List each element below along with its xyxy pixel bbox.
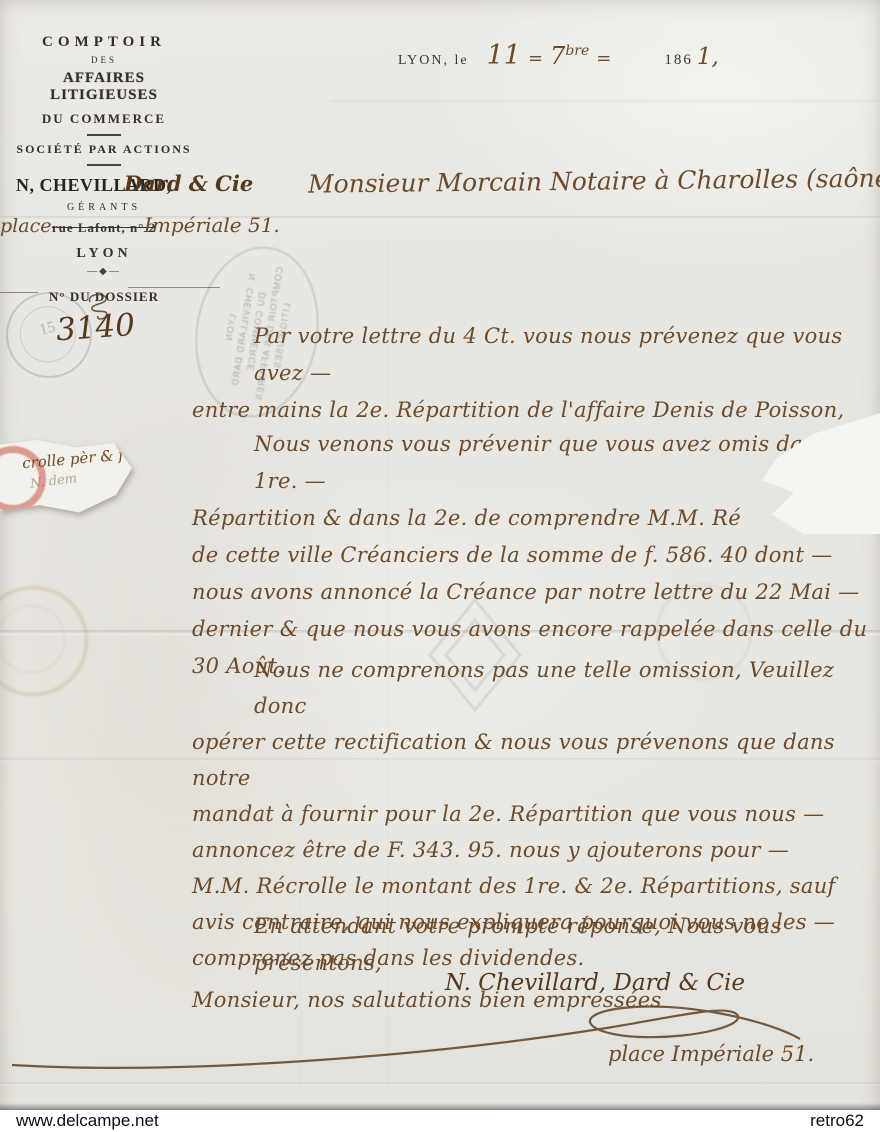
letterhead-city: LYON xyxy=(16,246,192,262)
dateline-month-suffix: bre xyxy=(565,43,589,59)
signature-flourish xyxy=(0,995,880,1085)
dossier-underline xyxy=(128,287,220,288)
torn-paper-scrap: crolle pèr & f N. dem xyxy=(0,440,132,514)
address-handwritten-place: place xyxy=(0,215,51,237)
letterhead-du-commerce: DU COMMERCE xyxy=(16,111,192,127)
letterhead-comptoir: COMPTOIR xyxy=(16,34,192,51)
paragraph-1: Par votre lettre du 4 Ct. vous nous prév… xyxy=(192,318,880,429)
recipient-line: Monsieur Morcain Notaire à Charolles (sa… xyxy=(308,162,880,198)
dateline-equals: = xyxy=(528,48,543,69)
letter-line: annoncez être de F. 343. 95. nous y ajou… xyxy=(192,832,880,868)
letter-line: nous avons annoncé la Créance par notre … xyxy=(192,574,880,611)
letter-line: opérer cette rectification & nous vous p… xyxy=(192,724,880,796)
paper-bottom-edge-shadow xyxy=(0,1103,880,1110)
letter-scan-page: 15 LYON N. CHEVILLARD DARD DU COMMERCE C… xyxy=(0,0,880,1132)
letterhead-ornament: —◆— xyxy=(16,266,192,277)
dateline: LYON, le 11 = 7bre = 186 1, xyxy=(398,40,719,71)
letter-line: de cette ville Créanciers de la somme de… xyxy=(192,537,880,574)
bottom-address-line: place Impériale 51. xyxy=(608,1042,814,1066)
letterhead-affaires: AFFAIRES LITIGIEUSES xyxy=(16,70,192,104)
letterhead-rule xyxy=(87,164,121,166)
letter-line: Par votre lettre du 4 Ct. vous nous prév… xyxy=(192,318,880,392)
ghost-pencil-mark xyxy=(420,595,530,715)
firm-name-row: N, CHEVILLARD, Dard & Cie xyxy=(16,175,192,196)
dateline-day-handwritten: 11 xyxy=(487,40,521,71)
letterhead-societe: SOCIÉTÉ PAR ACTIONS xyxy=(16,142,192,157)
crease-line xyxy=(330,100,880,104)
watermark-seller-text: retro62 xyxy=(810,1111,864,1131)
dateline-year-digit-handwritten: 1, xyxy=(697,44,719,70)
letterhead-rule xyxy=(87,134,121,136)
letter-line: M.M. Récrolle le montant des 1re. & 2e. … xyxy=(192,868,880,904)
letter-line: Répartition & dans la 2e. de comprendre … xyxy=(192,500,880,537)
dateline-month-handwritten: 7bre xyxy=(550,42,589,70)
watermark-site-text: www.delcampe.net xyxy=(16,1111,159,1131)
letterhead-des: DES xyxy=(16,55,192,65)
seal-fragment-text: crolle pèr & f xyxy=(21,446,124,473)
address-handwritten-imperiale: Impériale 51. xyxy=(144,213,280,237)
dateline-month-number: 7 xyxy=(550,42,565,70)
letter-line: dernier & que nous vous avons encore rap… xyxy=(192,611,880,648)
paraph-squiggle xyxy=(84,290,118,324)
address-printed-struck: rue Lafont, n° 2 xyxy=(52,220,156,235)
letter-line: Nous ne comprenons pas une telle omissio… xyxy=(192,652,880,724)
dossier-underline xyxy=(0,292,38,293)
letter-line: mandat à fournir pour la 2e. Répartition… xyxy=(192,796,880,832)
dateline-equals: = xyxy=(596,48,611,69)
watermark-footer: www.delcampe.net retro62 xyxy=(0,1110,880,1132)
postmark-circle-tan xyxy=(0,586,88,696)
firm-name-handwritten: Dard & Cie xyxy=(124,171,253,196)
dateline-printed-lyon-le: LYON, le xyxy=(398,53,469,68)
dateline-year-printed: 186 xyxy=(664,52,693,68)
letterhead-gerants: GÉRANTS xyxy=(16,202,192,213)
letterhead-address-row: place rue Lafont, n° 2 Impériale 51. xyxy=(16,219,192,237)
wax-seal-paper-fragment: crolle pèr & f N. dem xyxy=(0,440,132,514)
letter-line: entre mains la 2e. Répartition de l'affa… xyxy=(192,392,880,429)
signature: N. Chevillard, Dard & Cie xyxy=(445,970,745,996)
postmark-inner-ring xyxy=(0,605,65,673)
